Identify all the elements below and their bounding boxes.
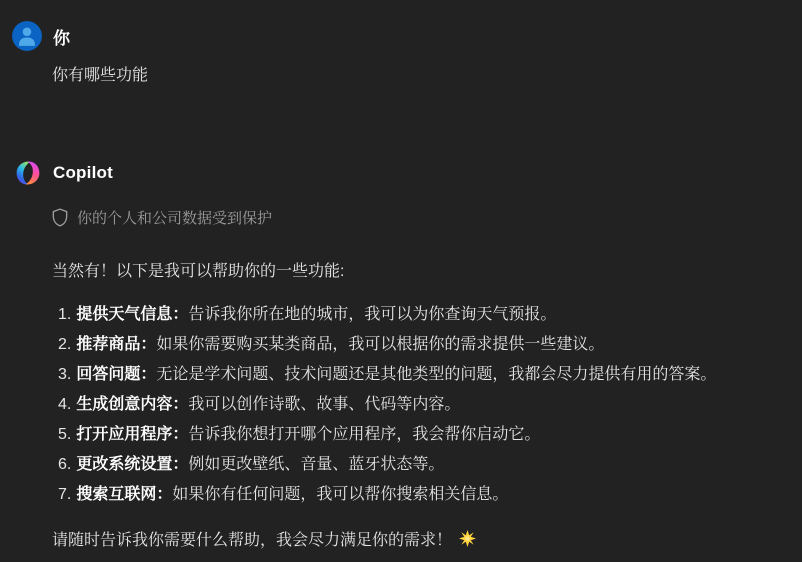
- user-name: 你: [53, 24, 70, 49]
- list-item-desc: 例如更改壁纸、音量、蓝牙状态等。: [188, 456, 444, 473]
- list-item-number: 4.: [58, 390, 71, 420]
- list-item-number: 3.: [58, 360, 71, 390]
- list-item-desc: 我可以创作诗歌、故事、代码等内容。: [188, 396, 460, 413]
- list-item-number: 6.: [58, 450, 71, 480]
- list-item-number: 1.: [58, 300, 71, 330]
- answer-closing-text: 请随时告诉我你需要什么帮助，我会尽力满足你的需求！: [52, 527, 452, 550]
- list-item: 7.搜索互联网：如果你有任何问题，我可以帮你搜索相关信息。: [52, 480, 716, 510]
- copilot-chat-view: 你 你有哪些功能: [0, 0, 802, 562]
- list-item: 1.提供天气信息：告诉我你所在地的城市，我可以为你查询天气预报。: [52, 300, 716, 330]
- shield-icon: [52, 208, 68, 227]
- copilot-message-header: Copilot: [14, 159, 113, 187]
- user-message-header: 你: [12, 21, 70, 51]
- list-item-number: 7.: [58, 480, 71, 510]
- user-message-text: 你有哪些功能: [52, 66, 148, 86]
- copilot-logo-icon: [14, 159, 42, 187]
- list-item-desc: 如果你有任何问题，我可以帮你搜索相关信息。: [172, 486, 508, 503]
- list-item-desc: 告诉我你所在地的城市，我可以为你查询天气预报。: [188, 306, 556, 323]
- list-item: 4.生成创意内容：我可以创作诗歌、故事、代码等内容。: [52, 390, 716, 420]
- list-item-desc: 如果你需要购买某类商品，我可以根据你的需求提供一些建议。: [156, 336, 604, 353]
- list-item-label: 提供天气信息：: [76, 306, 188, 323]
- user-avatar: [12, 21, 42, 51]
- list-item: 6.更改系统设置：例如更改壁纸、音量、蓝牙状态等。: [52, 450, 716, 480]
- answer-closing: 请随时告诉我你需要什么帮助，我会尽力满足你的需求！: [52, 528, 476, 548]
- list-item-number: 5.: [58, 420, 71, 450]
- list-item: 5.打开应用程序：告诉我你想打开哪个应用程序，我会帮你启动它。: [52, 420, 716, 450]
- list-item-label: 回答问题：: [76, 366, 156, 383]
- privacy-notice-text: 你的个人和公司数据受到保护: [77, 207, 272, 228]
- list-item-desc: 无论是学术问题、技术问题还是其他类型的问题，我都会尽力提供有用的答案。: [156, 366, 716, 383]
- list-item: 2.推荐商品：如果你需要购买某类商品，我可以根据你的需求提供一些建议。: [52, 330, 716, 360]
- list-item-label: 打开应用程序：: [76, 426, 188, 443]
- glowing-star-emoji: [459, 530, 476, 547]
- list-item-label: 更改系统设置：: [76, 456, 188, 473]
- list-item-number: 2.: [58, 330, 71, 360]
- list-item-desc: 告诉我你想打开哪个应用程序，我会帮你启动它。: [188, 426, 540, 443]
- list-item-label: 推荐商品：: [76, 336, 156, 353]
- copilot-name: Copilot: [53, 163, 113, 183]
- list-item: 3.回答问题：无论是学术问题、技术问题还是其他类型的问题，我都会尽力提供有用的答…: [52, 360, 716, 390]
- privacy-notice[interactable]: 你的个人和公司数据受到保护: [52, 206, 272, 228]
- list-item-label: 搜索互联网：: [76, 486, 172, 503]
- answer-intro: 当然有！以下是我可以帮助你的一些功能:: [52, 262, 344, 282]
- capability-list: 1.提供天气信息：告诉我你所在地的城市，我可以为你查询天气预报。 2.推荐商品：…: [52, 300, 716, 510]
- list-item-label: 生成创意内容：: [76, 396, 188, 413]
